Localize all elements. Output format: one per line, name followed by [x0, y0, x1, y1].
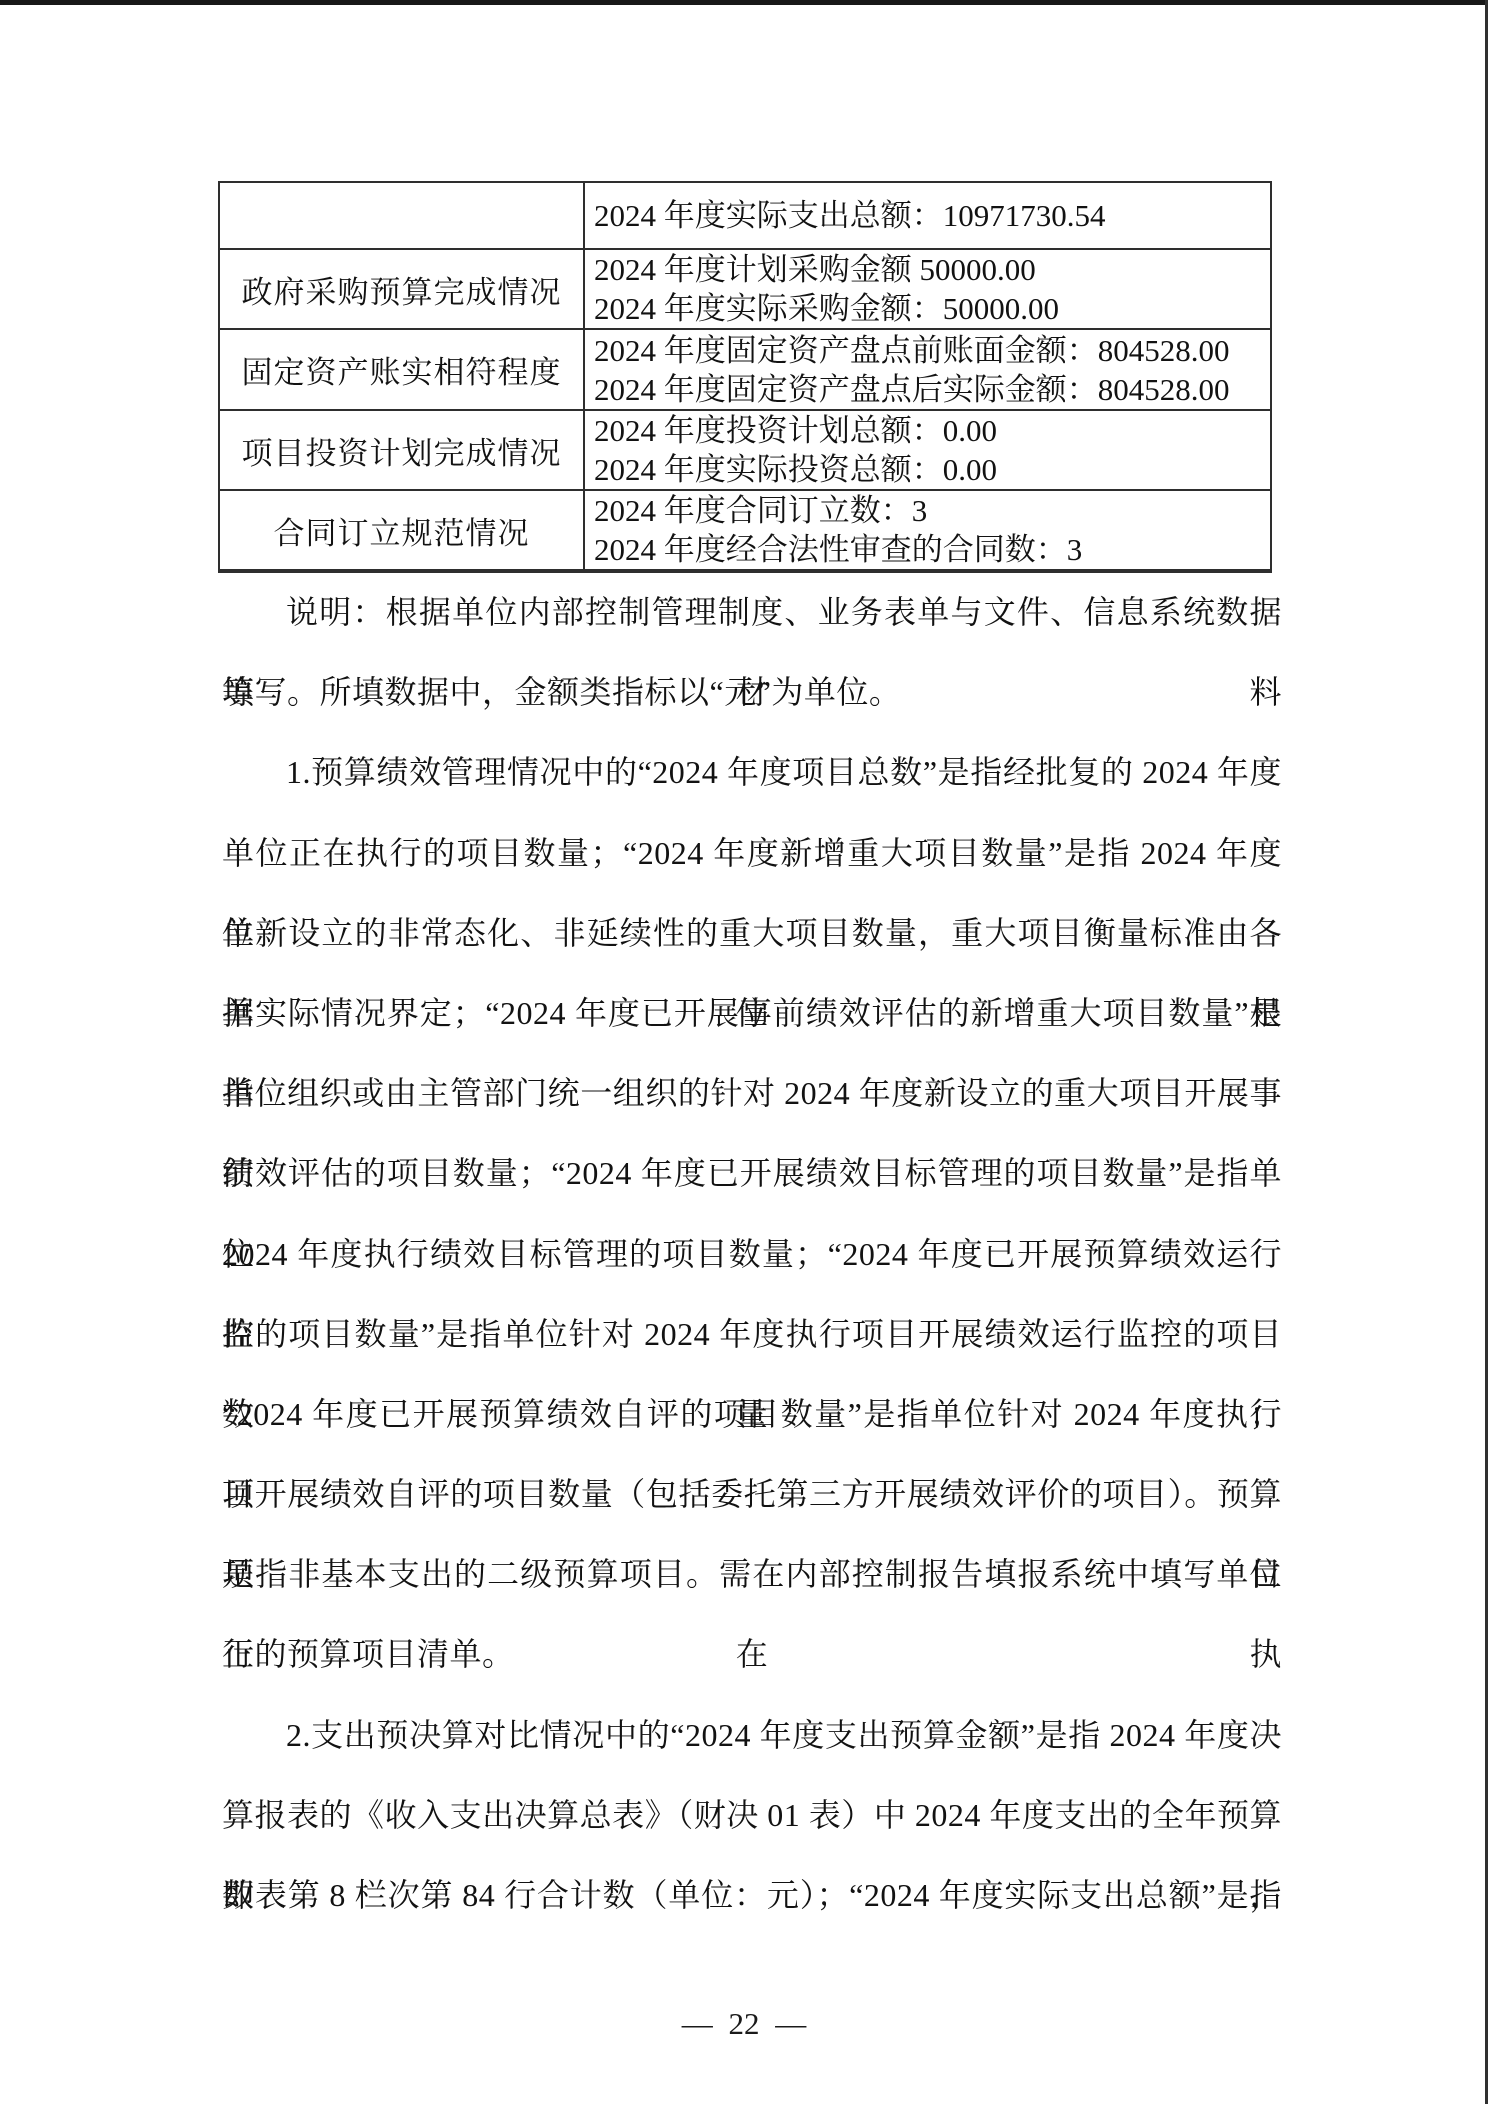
table-row: 2024 年度实际支出总额：10971730.54 [219, 182, 1271, 249]
indicator-value-cell: 2024 年度计划采购金额 50000.002024 年度实际采购金额：5000… [584, 249, 1271, 329]
note-text-line: “2024 年度已开展预算绩效自评的项目数量”是指单位针对 2024 年度执行项 [222, 1374, 1282, 1454]
indicator-value-cell: 2024 年度投资计划总额：0.002024 年度实际投资总额：0.00 [584, 410, 1271, 490]
internal-control-indicator-table: 2024 年度实际支出总额：10971730.54政府采购预算完成情况2024 … [218, 181, 1272, 573]
note-text-line: 单位组织或由主管部门统一组织的针对 2024 年度新设立的重大项目开展事前 [222, 1053, 1282, 1133]
indicator-value-line: 2024 年度实际采购金额：50000.00 [594, 289, 1266, 328]
note-text-line: 算报表的《收入支出决算总表》（财决 01 表）中 2024 年度支出的全年预算数… [222, 1775, 1282, 1855]
indicator-value-line: 2024 年度经合法性审查的合同数：3 [594, 530, 1266, 569]
indicator-label-cell [219, 182, 584, 249]
indicator-label-cell: 政府采购预算完成情况 [219, 249, 584, 329]
indicator-value-cell: 2024 年度实际支出总额：10971730.54 [584, 182, 1271, 249]
indicator-table-body: 2024 年度实际支出总额：10971730.54政府采购预算完成情况2024 … [219, 182, 1271, 571]
note-text-line: 2.支出预决算对比情况中的“2024 年度支出预算金额”是指 2024 年度决 [222, 1695, 1282, 1775]
table-row: 项目投资计划完成情况2024 年度投资计划总额：0.002024 年度实际投资总… [219, 410, 1271, 490]
indicator-value-line: 2024 年度合同订立数：3 [594, 491, 1266, 530]
page-number: — 22 — [0, 2006, 1488, 2042]
indicator-value-cell: 2024 年度固定资产盘点前账面金额：804528.002024 年度固定资产盘… [584, 329, 1271, 410]
indicator-value-line: 2024 年度投资计划总额：0.00 [594, 411, 1266, 450]
note-text-line: 即表第 8 栏次第 84 行合计数（单位：元）；“2024 年度实际支出总额”是… [222, 1855, 1282, 1935]
indicator-label-cell: 项目投资计划完成情况 [219, 410, 584, 490]
indicator-value-line: 2024 年度计划采购金额 50000.00 [594, 250, 1266, 289]
note-text-line: 说明：根据单位内部控制管理制度、业务表单与文件、信息系统数据等材料 [222, 572, 1282, 652]
note-text-line: 2024 年度执行绩效目标管理的项目数量；“2024 年度已开展预算绩效运行监 [222, 1214, 1282, 1294]
note-text-line: 1.预算绩效管理情况中的“2024 年度项目总数”是指经批复的 2024 年度 [222, 732, 1282, 812]
indicator-value-line: 2024 年度实际投资总额：0.00 [594, 450, 1266, 489]
note-text-line: 据实际情况界定；“2024 年度已开展事前绩效评估的新增重大项目数量”是指 [222, 973, 1282, 1053]
table-row: 合同订立规范情况2024 年度合同订立数：32024 年度经合法性审查的合同数：… [219, 490, 1271, 571]
table-row: 政府采购预算完成情况2024 年度计划采购金额 50000.002024 年度实… [219, 249, 1271, 329]
note-text-line: 单位正在执行的项目数量；“2024 年度新增重大项目数量”是指 2024 年度单 [222, 813, 1282, 893]
indicator-value-line: 2024 年度固定资产盘点前账面金额：804528.00 [594, 331, 1266, 370]
indicator-value-cell: 2024 年度合同订立数：32024 年度经合法性审查的合同数：3 [584, 490, 1271, 571]
note-text-line: 是指非基本支出的二级预算项目。需在内部控制报告填报系统中填写单位正在执 [222, 1534, 1282, 1614]
scanned-document-page: { "table": { "rows": [ { "label": "", "l… [0, 0, 1488, 2104]
page-number-label: — 22 — [682, 2006, 807, 2041]
notes-body-text: 说明：根据单位内部控制管理制度、业务表单与文件、信息系统数据等材料填写。所填数据… [222, 572, 1282, 1935]
note-text-line: 位新设立的非常态化、非延续性的重大项目数量，重大项目衡量标准由各单位根 [222, 893, 1282, 973]
indicator-label-cell: 固定资产账实相符程度 [219, 329, 584, 410]
note-text-line: 目开展绩效自评的项目数量（包括委托第三方开展绩效评价的项目）。预算项目 [222, 1454, 1282, 1534]
scan-top-edge-line [0, 0, 1488, 5]
indicator-value-line: 2024 年度固定资产盘点后实际金额：804528.00 [594, 370, 1266, 409]
note-text-line: 控的项目数量”是指单位针对 2024 年度执行项目开展绩效运行监控的项目数量； [222, 1294, 1282, 1374]
indicator-value-line: 2024 年度实际支出总额：10971730.54 [594, 196, 1266, 235]
table-row: 固定资产账实相符程度2024 年度固定资产盘点前账面金额：804528.0020… [219, 329, 1271, 410]
indicator-label-cell: 合同订立规范情况 [219, 490, 584, 571]
note-text-line: 绩效评估的项目数量；“2024 年度已开展绩效目标管理的项目数量”是指单位 [222, 1133, 1282, 1213]
